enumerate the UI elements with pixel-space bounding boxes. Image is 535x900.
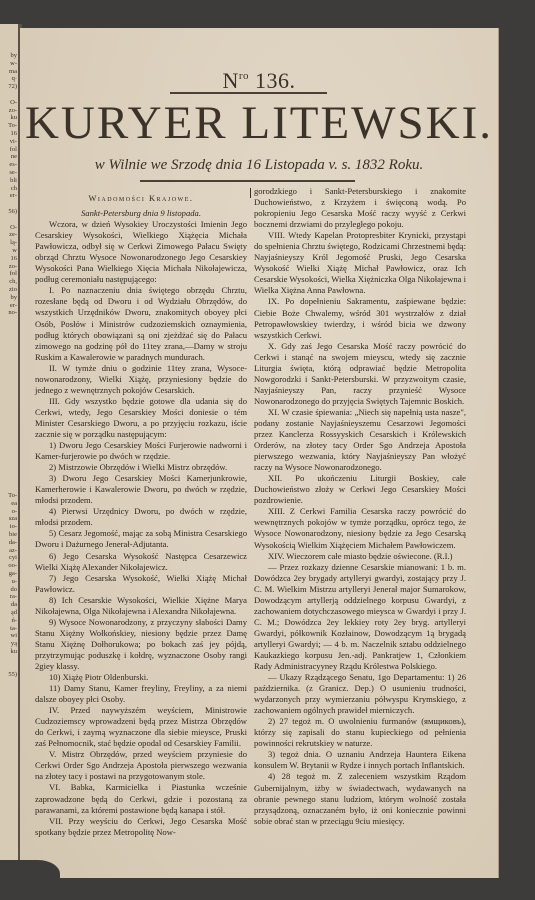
newspaper-page: Nro 136. KURYER LITEWSKI. w Wilnie we Sr… (20, 28, 499, 878)
paragraph: VII. Przy weyściu do Cerkwi, Jego Cesars… (35, 816, 247, 838)
previous-page-edge: by w- ma q· 72) O- zo- ku To- 16 vi- fol… (0, 24, 20, 884)
issue-sup: ro (239, 70, 249, 82)
place-date-line: Sankt-Petersburg dnia 9 listopada. (35, 208, 247, 219)
newspaper-title: KURYER LITEWSKI. (20, 96, 498, 150)
paragraph: II. W tymże dniu o godzinie 11tey zrana,… (35, 363, 247, 396)
paragraph: 5) Cesarz Jegomość, mając za sobą Minist… (35, 528, 247, 550)
paragraph: VIII. Wtedy Kapelan Protopresbiter Kryni… (254, 230, 466, 296)
section-heading: Wiadomości Krajowe. (35, 193, 247, 204)
paragraph: 2) 27 tegoż m. O uwolnieniu furmanów (ям… (254, 716, 466, 749)
paragraph: XIII. Z Cerkwi Familia Cesarska raczy po… (254, 506, 466, 550)
paragraph: IV. Przed naywyższém weyściem, Ministrow… (35, 705, 247, 749)
paragraph: 8) Ich Cesarskie Wysokości, Wielkie Xięż… (35, 595, 247, 617)
paragraph: — Ukazy Rządzącego Senatu, 1go Departame… (254, 672, 466, 716)
paragraph: 11) Damy Stanu, Kamer freyliny, Freyliny… (35, 683, 247, 705)
issue-prefix: N (222, 68, 238, 93)
previous-page-text-top: by w- ma q· 72) O- zo- ku To- 16 vi- fol… (8, 52, 17, 317)
paragraph: XI. W czasie śpiewania: „Niech się napeł… (254, 407, 466, 473)
paragraph: 4) 28 tegoż m. Z zaleceniem wszystkim Rz… (254, 771, 466, 826)
issue-number: Nro 136. (20, 68, 498, 94)
dateline: w Wilnie we Srzodę dnia 16 Listopada v. … (20, 157, 498, 174)
paragraph: I. Po naznaczeniu dnia świętego obrzędu … (35, 285, 247, 362)
column-divider (250, 188, 251, 198)
paragraph: 3) Dworu Jego Cesarskiey Mości Kamerjunk… (35, 473, 247, 506)
paragraph: IX. Po dopełnieniu Sakramentu, zaśpiewan… (254, 296, 466, 340)
paragraph: X. Gdy zaś Jego Cesarska Mość raczy powr… (254, 341, 466, 407)
paragraph: 7) Jego Cesarska Wysokość, Wielki Xiążę … (35, 573, 247, 595)
masthead-rule-bottom (140, 180, 355, 182)
paragraph: 1) Dworu Jego Cesarskiey Mości Furjerowi… (35, 440, 247, 462)
right-column: gorodzkiego i Sankt-Petersburskiego i zn… (254, 186, 466, 827)
masthead-rule-top (170, 92, 327, 94)
issue-value: 136. (255, 68, 296, 93)
paragraph: Wczora, w dzień Wysokiey Uroczystości Im… (35, 219, 247, 285)
paragraph: — Przez rozkazy dzienne Cesarskie mianow… (254, 562, 466, 672)
paragraph: 3) tegoż dnia. O uznaniu Andrzeja Haunte… (254, 749, 466, 771)
paragraph: 2) Mistrzowie Obrzędów i Wielki Mistrz o… (35, 462, 247, 473)
paragraph: 6) Jego Cesarska Wysokość Następca Cesar… (35, 551, 247, 573)
paragraph: 9) Wysoce Nowonarodzony, z przyczyny sła… (35, 617, 247, 672)
paragraph: gorodzkiego i Sankt-Petersburskiego i zn… (254, 186, 466, 230)
paragraph: 4) Pierwsi Urzędnicy Dworu, po dwóch w r… (35, 506, 247, 528)
torn-corner (0, 860, 60, 900)
left-column: Wiadomości Krajowe. Sankt-Petersburg dni… (35, 193, 247, 838)
paragraph: 10) Xiążę Piotr Oldenburski. (35, 672, 247, 683)
paragraph: III. Gdy wszystko będzie gotowe dla udan… (35, 396, 247, 440)
paragraph: V. Mistrz Obrzędów, przed weyściem przyn… (35, 749, 247, 782)
previous-page-text-bottom: To- ea o- sza io- bie da- az- cyi oo- ga… (8, 492, 17, 679)
paragraph: VI. Babka, Karmicielka i Piastunka wcześ… (35, 782, 247, 815)
paragraph: XII. Po ukończeniu Liturgii Boskiey, cał… (254, 473, 466, 506)
paragraph: XIV. Wieczorem całe miasto będzie oświec… (254, 551, 466, 562)
